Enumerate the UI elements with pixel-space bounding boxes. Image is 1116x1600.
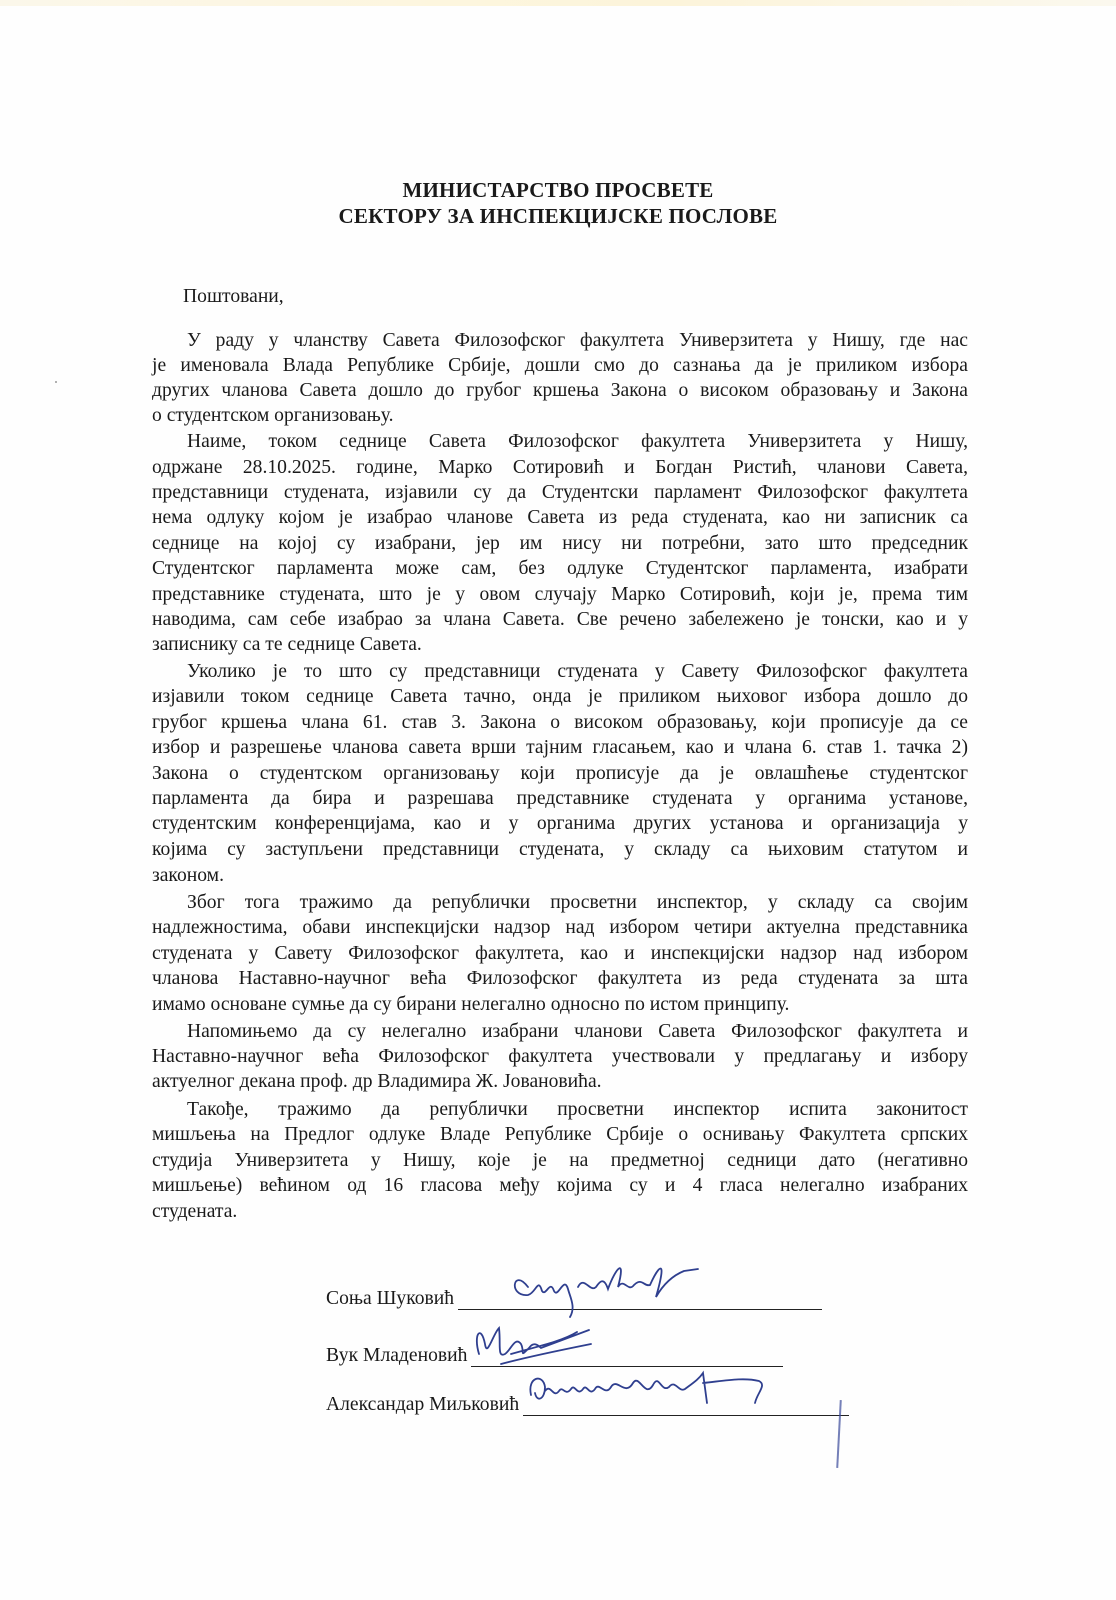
text-line: чланова Наставно-научног већа Филозофско… bbox=[152, 967, 968, 991]
text-line: је именовала Влада Републике Србије, дош… bbox=[152, 354, 968, 378]
text-line: о студентском организовању. bbox=[152, 404, 968, 428]
signatory-row-3: Александар Миљковић bbox=[326, 1394, 849, 1416]
signatory-name: Александар Миљковић bbox=[326, 1394, 519, 1416]
signature-scribble-icon bbox=[458, 1257, 822, 1317]
text-line: надлежностима, обави инспекцијски надзор… bbox=[152, 916, 968, 940]
signatory-name: Соња Шуковић bbox=[326, 1288, 454, 1310]
text-line: избор и разрешење чланова савета врши та… bbox=[152, 736, 968, 760]
signature-line bbox=[523, 1397, 849, 1416]
heading-sector: СЕКТОРУ ЗА ИНСПЕКЦИЈСКЕ ПОСЛОВЕ bbox=[0, 204, 1116, 229]
scan-edge-tint bbox=[0, 0, 1116, 6]
text-line: којима су заступљени представници студен… bbox=[152, 838, 968, 862]
text-line: Уколико је то што су представници студен… bbox=[187, 660, 968, 684]
text-line: Студентског парламента може сам, без одл… bbox=[152, 557, 968, 581]
text-line: нема одлуку којом је изабрао чланове Сав… bbox=[152, 506, 968, 530]
signatory-row-1: Соња Шуковић bbox=[326, 1288, 822, 1310]
text-line: студија Универзитета у Нишу, које је на … bbox=[152, 1149, 968, 1173]
text-line: студената. bbox=[152, 1200, 968, 1224]
text-line: наводима, сам себе изабрао за члана Саве… bbox=[152, 608, 968, 632]
signature-scribble-icon bbox=[523, 1363, 849, 1423]
text-line: мишљење) већином од 16 гласова међу који… bbox=[152, 1174, 968, 1198]
text-line: актуелног декана проф. др Владимира Ж. Ј… bbox=[152, 1070, 968, 1094]
text-line: парламента да бира и разрешава представн… bbox=[152, 787, 968, 811]
text-line: У раду у чланству Савета Филозофског фак… bbox=[187, 329, 968, 353]
text-line: представнике студената, што је у овом сл… bbox=[152, 583, 968, 607]
text-line: Због тога тражимо да републички просветн… bbox=[187, 891, 968, 915]
text-line: Наставно-научног већа Филозофског факулт… bbox=[152, 1045, 968, 1069]
signature-line bbox=[458, 1291, 822, 1310]
signatory-name: Вук Младеновић bbox=[326, 1345, 467, 1367]
text-line: студената у Савету Филозофског факултета… bbox=[152, 942, 968, 966]
text-line: Напомињемо да су нелегално изабрани члан… bbox=[187, 1020, 968, 1044]
text-line: Наиме, током седнице Савета Филозофског … bbox=[187, 430, 968, 454]
text-line: одржане 28.10.2025. године, Марко Сотиро… bbox=[152, 456, 968, 480]
text-line: Такође, тражимо да републички просветни … bbox=[187, 1098, 968, 1122]
heading-ministry: МИНИСТАРСТВО ПРОСВЕТЕ bbox=[0, 178, 1116, 203]
text-line: студентским конференцијама, као и у орга… bbox=[152, 812, 968, 836]
text-line: законом. bbox=[152, 864, 968, 888]
text-line: записнику са те седнице Савета. bbox=[152, 633, 968, 657]
text-line: Закона о студентском организовању који п… bbox=[152, 762, 968, 786]
scan-speck bbox=[55, 381, 57, 383]
text-line: грубог кршења члана 61. став 3. Закона о… bbox=[152, 711, 968, 735]
text-line: мишљења на Предлог одлуке Владе Републик… bbox=[152, 1123, 968, 1147]
text-line: изјавили током седнице Савета тачно, онд… bbox=[152, 685, 968, 709]
salutation: Поштовани, bbox=[183, 286, 284, 308]
text-line: других чланова Савета дошло до грубог кр… bbox=[152, 379, 968, 403]
text-line: седнице на којој су изабрани, јер им нис… bbox=[152, 532, 968, 556]
text-line: имамо основане сумње да су бирани нелега… bbox=[152, 993, 968, 1017]
text-line: представници студената, изјавили су да С… bbox=[152, 481, 968, 505]
scanned-letter-page: МИНИСТАРСТВО ПРОСВЕТЕ СЕКТОРУ ЗА ИНСПЕКЦ… bbox=[0, 0, 1116, 1600]
